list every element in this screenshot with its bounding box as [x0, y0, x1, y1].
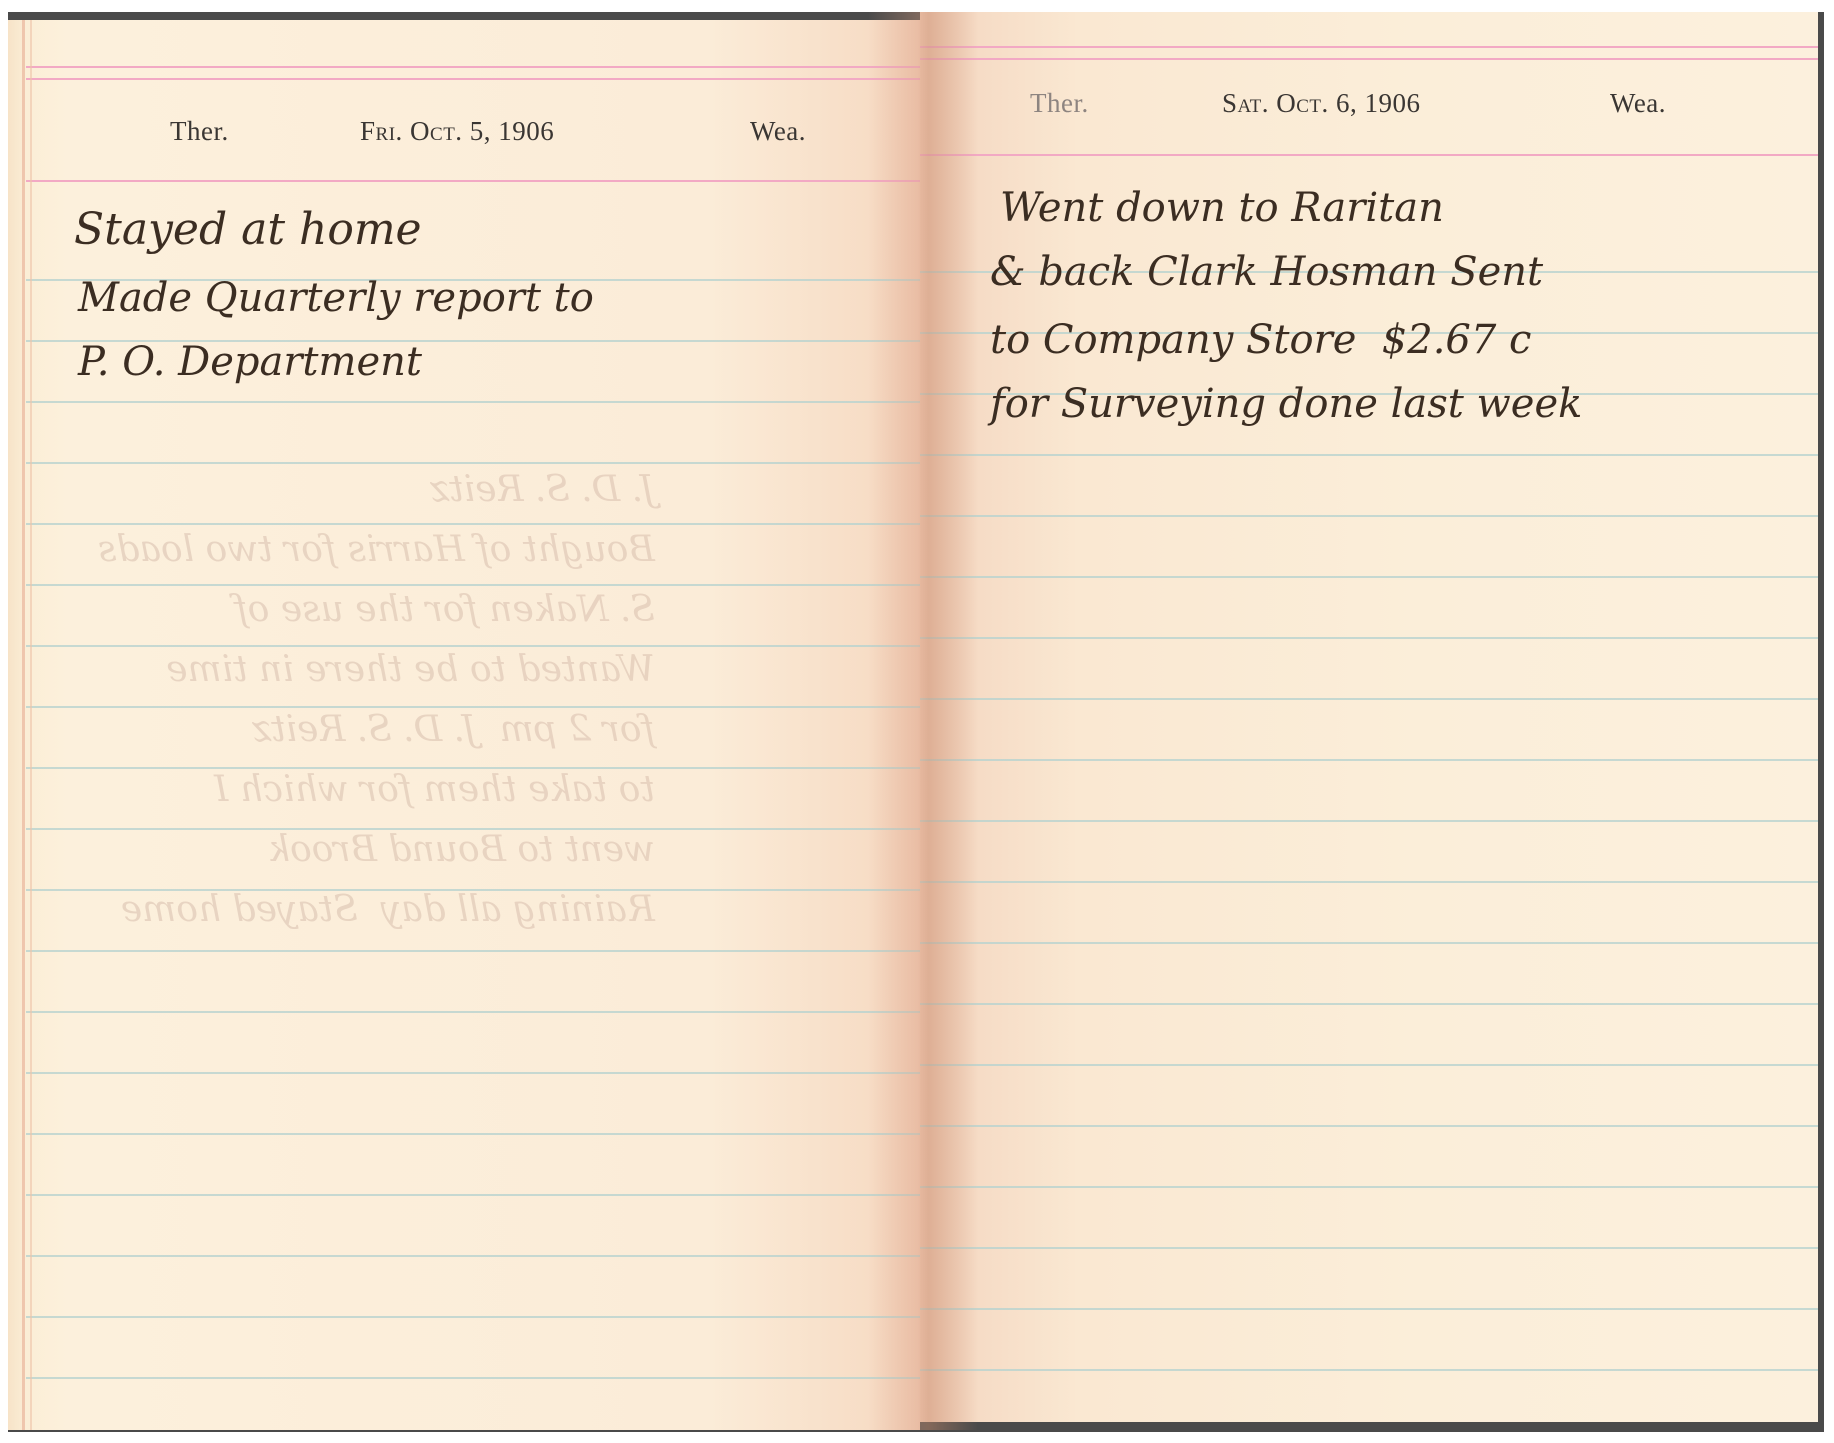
- diary-entry-line-1: Stayed at home: [74, 200, 422, 260]
- entry-date: Fri. Oct. 5, 1906: [360, 116, 554, 147]
- weather-label: Wea.: [1610, 88, 1666, 119]
- diary-entry-line-3: P. O. Department: [78, 332, 422, 392]
- diary-entry-line-1: Went down to Raritan: [1000, 178, 1444, 238]
- diary-entry-line-2: Made Quarterly report to: [78, 268, 594, 328]
- thermometer-label: Ther.: [1030, 88, 1089, 119]
- weather-label: Wea.: [750, 116, 806, 147]
- header-bottom-rule: [26, 180, 920, 182]
- diary-entry-line-3: to Company Store $2.67 c: [990, 310, 1531, 370]
- header-bottom-rule: [920, 154, 1818, 156]
- bleed-through-text: J. D. S. Reitz Bought of Harris for two …: [98, 460, 655, 940]
- entry-date: Sat. Oct. 6, 1906: [1222, 88, 1421, 119]
- right-page: Ther. Sat. Oct. 6, 1906 Wea. Went down t…: [920, 12, 1818, 1422]
- left-page-header: Ther. Fri. Oct. 5, 1906 Wea.: [8, 116, 920, 156]
- left-page: Ther. Fri. Oct. 5, 1906 Wea. J. D. S. Re…: [8, 20, 920, 1430]
- diary-entry-line-4: for Surveying done last week: [990, 374, 1582, 434]
- diary-book: Ther. Fri. Oct. 5, 1906 Wea. J. D. S. Re…: [8, 12, 1824, 1432]
- header-top-rule: [920, 46, 1818, 60]
- header-top-rule: [26, 66, 920, 80]
- diary-entry-line-2: & back Clark Hosman Sent: [990, 242, 1543, 302]
- right-page-header: Ther. Sat. Oct. 6, 1906 Wea.: [920, 88, 1818, 128]
- thermometer-label: Ther.: [170, 116, 229, 147]
